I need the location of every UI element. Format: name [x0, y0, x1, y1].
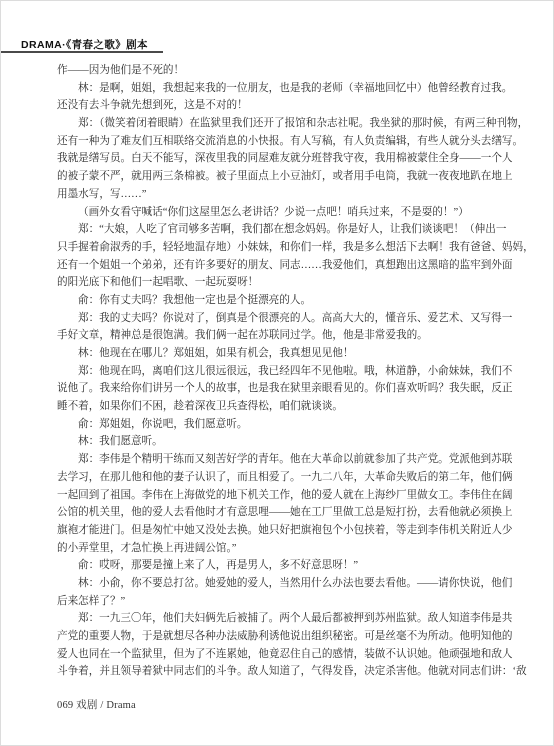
script-line: 郑：“大娘，人吃了官司够多苦啊，我们都在想念妈妈。你是好人，让我们谈谈吧！（伸出…: [57, 221, 516, 239]
script-line: 林：他现在在哪儿？郑姐姐，如果有机会，我真想见见他！: [57, 345, 516, 363]
page-footer: 069 戏剧 / Drama: [57, 697, 136, 712]
script-line: 作——因为他们是不死的！: [57, 62, 516, 80]
script-line: 郑：李伟是个精明干练而又刻苦好学的青年。他在大革命以前就参加了共产党。党派他到苏…: [57, 451, 516, 469]
script-line: 手好文章，精神总是很饱满。我们俩一起在苏联同过学。他，他是非常爱我的。: [57, 327, 516, 345]
script-body: 作——因为他们是不死的！林：是啊，姐姐，我想起来我的一位朋友，也是我的老师（幸福…: [57, 62, 516, 681]
script-line: （画外女看守喊话“你们这屋里怎么老讲话？少说一点吧！哨兵过来，不是耍的！”）: [57, 204, 516, 222]
script-line: 后来怎样了？”: [57, 593, 516, 611]
script-line: 用墨水写，写……”: [57, 186, 516, 204]
script-line: 还没有去斗争就先想到死，这是不对的！: [57, 97, 516, 115]
script-line: 郑：（微笑着闭着眼睛）在监狱里我们还开了报馆和杂志社呢。我坐狱的那时候，有两三种…: [57, 115, 516, 133]
header-rule: [1, 51, 163, 53]
script-line: 郑：我的丈夫吗？你说对了，倒真是个很漂亮的人。高高大大的，懂音乐、爱艺术、又写得…: [57, 310, 516, 328]
script-line: 的阳光底下和他们一起唱歌、一起玩耍呀！: [57, 274, 516, 292]
script-line: 俞：哎呀，那要是撞上来了人，再是男人，多不好意思呀！”: [57, 557, 516, 575]
script-line: 我就是缮写员。白天不能写，深夜里我的同屋难友就分班替我守夜，我用棉被蒙住全身——…: [57, 150, 516, 168]
script-line: 郑：他现在吗，离咱们这儿很远很远，我已经四年不见他啦。哦，林道静，小俞妹妹，我们…: [57, 363, 516, 381]
script-line: 旗袍才能进门。但是匆忙中她又没处去换。她只好把旗袍包个小包挟着，等走到李伟机关附…: [57, 522, 516, 540]
script-line: 的被子蒙不严，就用两三条棉被。被子里面点上小豆油灯，或者用手电筒，我就一夜夜地趴…: [57, 168, 516, 186]
script-line: 爱人也同在一个监狱里，但为了不连累她，他竟忍住自己的感情，装做不认识她。他顽强地…: [57, 646, 516, 664]
script-line: 林：是啊，姐姐，我想起来我的一位朋友，也是我的老师（幸福地回忆中）他曾经教育过我…: [57, 80, 516, 98]
header-title: DRAMA·《青春之歌》剧本: [21, 37, 148, 52]
document-page: DRAMA·《青春之歌》剧本 作——因为他们是不死的！林：是啊，姐姐，我想起来我…: [0, 0, 554, 746]
script-line: 产党的重要人物，于是就想尽各种办法威胁利诱他说出组织秘密。可是丝毫不为所动。他明…: [57, 628, 516, 646]
script-line: 还有一种为了难友们互相联络交流消息的小快报。有人写稿，有人负责编辑，有些人就分头…: [57, 133, 516, 151]
script-line: 林：小俞，你不要总打岔。她爱她的爱人，当然用什么办法也要去看他。——请你快说，他…: [57, 575, 516, 593]
script-line: 俞：你有丈夫吗？我想他一定也是个挺漂亮的人。: [57, 292, 516, 310]
script-line: 的小弄堂里，才急忙换上再进阔公馆。”: [57, 540, 516, 558]
script-line: 俞：郑姐姐，你说吧，我们愿意听。: [57, 416, 516, 434]
script-line: 还有一个姐姐一个弟弟，还有许多要好的朋友、同志……我爱他们，真想跑出这黑暗的监牢…: [57, 257, 516, 275]
script-line: 郑：一九三〇年，他们夫妇俩先后被捕了。两个人最后都被押到苏州监狱。敌人知道李伟是…: [57, 610, 516, 628]
script-line: 斗争着，并且领导着狱中同志们的斗争。敌人知道了，气得发昏，决定杀害他。他就对同志…: [57, 663, 516, 681]
script-line: 只手握着俞淑秀的手，轻轻地温存地）小妹妹，和你们一样，我是多么想活下去啊！我有爸…: [57, 239, 516, 257]
script-line: 公馆的机关里，他的爱人去看他时才有意思哩——她在工厂里做工总是短打扮，去看他就必…: [57, 504, 516, 522]
script-line: 去学习，在那儿他和他的妻子认识了，而且相爱了。一九二八年，大革命失败后的第二年，…: [57, 469, 516, 487]
script-line: 说他了。我来给你们讲另一个人的故事，也是我在狱里亲眼看见的。你们喜欢听吗？我失眠…: [57, 380, 516, 398]
script-line: 睡不着，如果你们不困，趁着深夜卫兵查得松，咱们就谈谈。: [57, 398, 516, 416]
script-line: 一起回到了祖国。李伟在上海做党的地下机关工作，他的爱人就在上海纱厂里做女工。李伟…: [57, 487, 516, 505]
script-line: 林：我们愿意听。: [57, 433, 516, 451]
page-number-label: 069 戏剧 / Drama: [57, 700, 136, 711]
